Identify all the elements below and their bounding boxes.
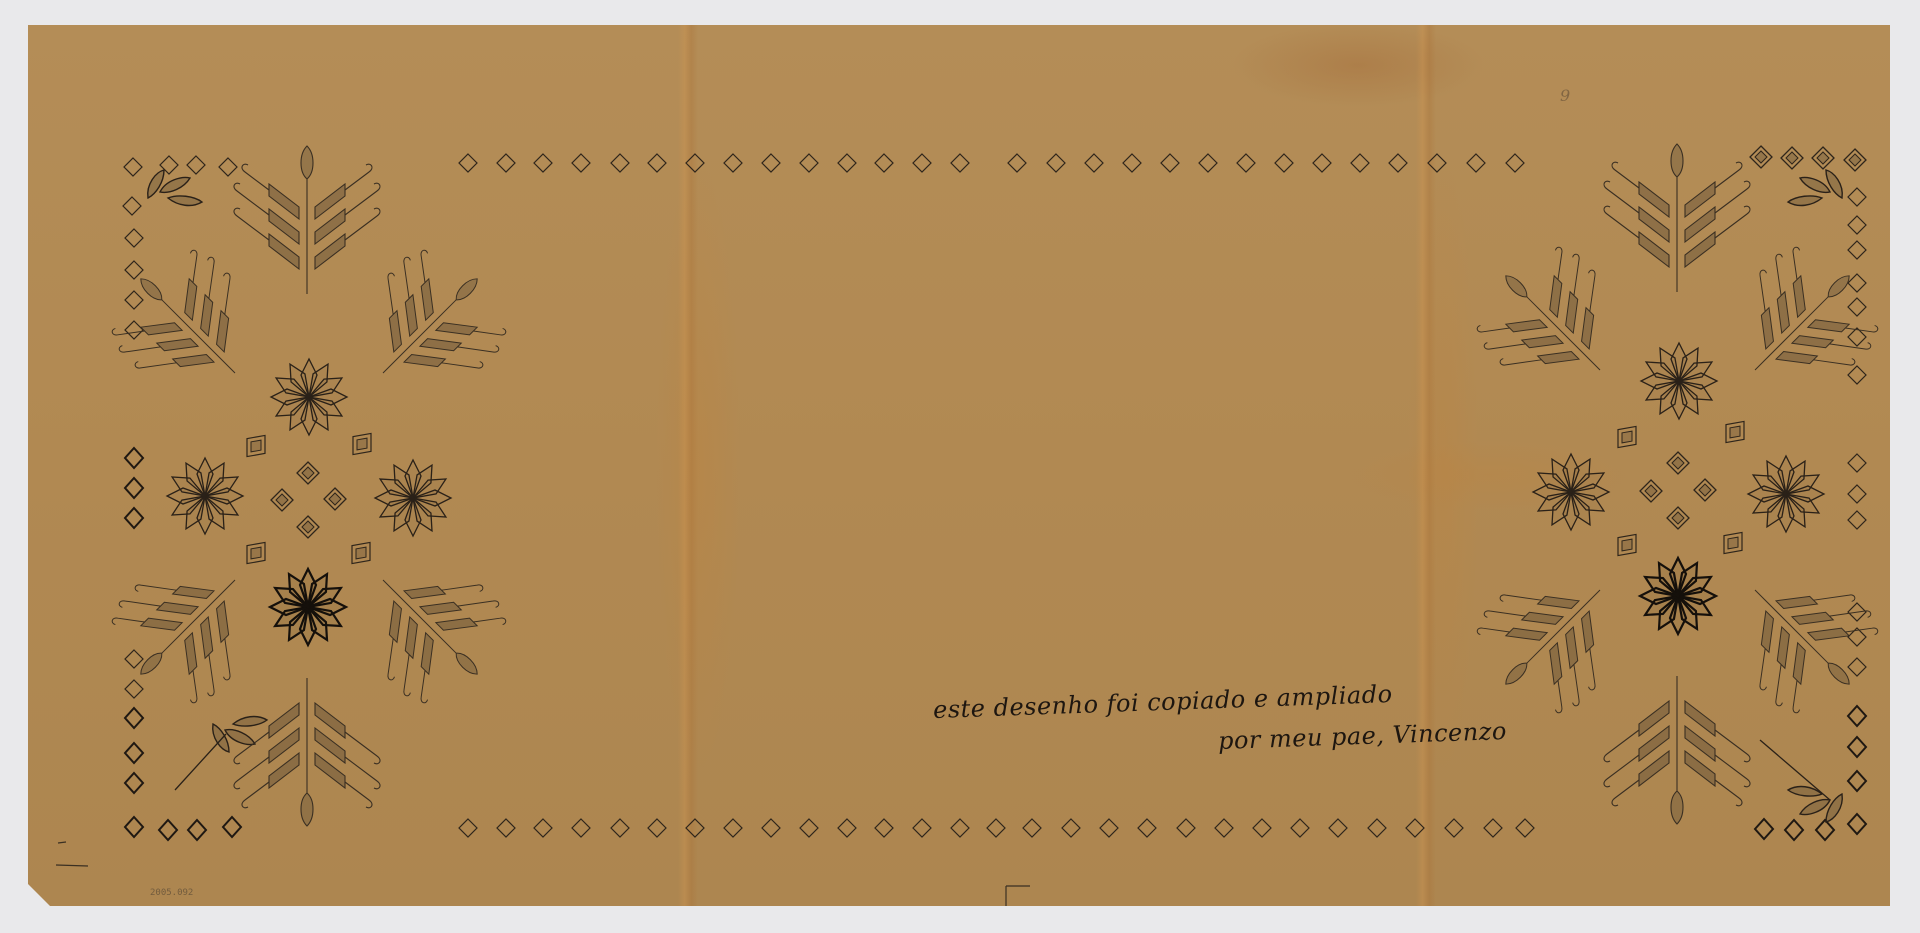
left-motif-panel: [94, 146, 523, 840]
pencil-marks: [56, 842, 1030, 906]
embroidery-pattern-drawing: [0, 0, 1920, 933]
accession-number: 2005.092: [150, 888, 193, 898]
bottom-diamond-border: [459, 819, 1534, 837]
top-diamond-border: [459, 154, 1524, 172]
right-motif-panel: [1459, 144, 1895, 840]
corner-pencil-mark: 9: [1560, 86, 1570, 105]
